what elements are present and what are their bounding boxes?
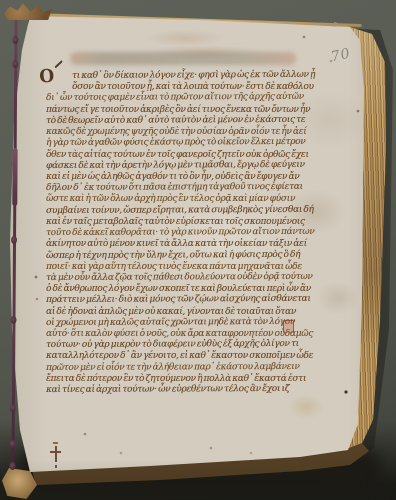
sewing-knot <box>10 462 16 470</box>
sewing-knot <box>10 404 16 412</box>
manuscript-photo: 70 Ο τι καθ᾽ ὃν δίκαιον λόγον εἶχε· φησὶ… <box>0 0 396 500</box>
text-line: καὶ τίνες αἱ ἀρχαὶ τούτων· ὧν εὑρεθέντων… <box>46 384 304 396</box>
quire-cross-icon <box>49 442 63 469</box>
text-line: πράττειν μέλλει· διὸ καὶ μόνος τῶν ζῴων … <box>46 294 304 306</box>
parchment-page: 70 Ο τι καθ᾽ ὃν δίκαιον λόγον εἶχε· φησὶ… <box>0 0 396 500</box>
sewing-knot <box>13 36 19 44</box>
text-line: δι᾽ ὧν τούτοις φαμὲν εἶναι τὸ πρῶτον αἴτ… <box>46 92 304 104</box>
erased-heading-smudge <box>70 52 296 65</box>
sewing-knot <box>13 60 19 68</box>
cross-horizontal-bar <box>50 451 61 453</box>
text-line: ἡ γὰρ τῶν ἀγαθῶν φύσις ἑκάστῳ πρὸς τὸ οἰ… <box>46 137 304 149</box>
text-line: δῆλον δ᾽ ἐκ τούτων ὅτι πᾶσα ἐπιστήμη τἀγ… <box>46 182 304 194</box>
text-line: συμβαίνει τοίνυν, ὥσπερ εἴρηται, κατὰ συ… <box>46 204 304 216</box>
text-line: τὸ δὲ θεωρεῖν αὐτὸ καθ᾽ αὑτὸ ταὐτὸν ἀεὶ … <box>46 115 304 127</box>
text-line: ἀκίνητον αὐτὸ μένον κινεῖ τὰ ἄλλα κατὰ τ… <box>46 239 304 250</box>
text-line: τούτων· οὐ γὰρ μικρὸν τὸ διαφέρειν εὐθὺς… <box>46 339 304 351</box>
text-line: καταλληλότερον δ᾽ ἂν γένοιτο, εἰ καθ᾽ ἕκ… <box>46 351 304 362</box>
thread-thick-segment <box>12 148 17 206</box>
cross-top-tick <box>53 442 58 444</box>
text-line: τι καθ᾽ ὃν δίκαιον λόγον εἶχε· φησὶ γὰρ … <box>46 70 304 82</box>
cross-bottom-dot <box>55 465 57 468</box>
text-line: τὰ μὲν οὖν ἄλλα ζῷα τοῖς πάθεσι δουλεύον… <box>46 272 304 284</box>
cross-vertical-bar <box>55 446 57 462</box>
text-line: ὥστε καὶ ἡ τῶν ὅλων ἀρχὴ πρὸς ἓν τέλος ὁ… <box>46 194 304 205</box>
spine-head-fray <box>4 3 52 20</box>
text-line: τοῦτο δὲ κἀκεῖ καθορᾶται· τὸ γὰρ κινοῦν … <box>46 227 304 239</box>
text-line: οἱ χρώμενοι μὴ καλῶς αὐταῖς χρῶνται μηδὲ… <box>46 317 304 329</box>
text-line: πρῶτον μὲν εἰ οἷόν τε τὴν ἀλήθειαν παρ᾽ … <box>46 362 304 374</box>
text-line: ὥσπερ ἡ τέχνη πρὸς τὴν ὕλην ἔχει, οὕτω κ… <box>46 249 304 261</box>
ink-specks <box>0 0 2 2</box>
red-square-mark <box>283 320 294 333</box>
text-block: τι καθ᾽ ὃν δίκαιον λόγον εἶχε· φησὶ γὰρ … <box>46 71 304 399</box>
sewing-knot <box>10 440 16 448</box>
text-line: φάσκει δὲ καὶ τὴν ἀρετὴν λόγῳ μὲν τιμᾶσθ… <box>46 160 304 172</box>
